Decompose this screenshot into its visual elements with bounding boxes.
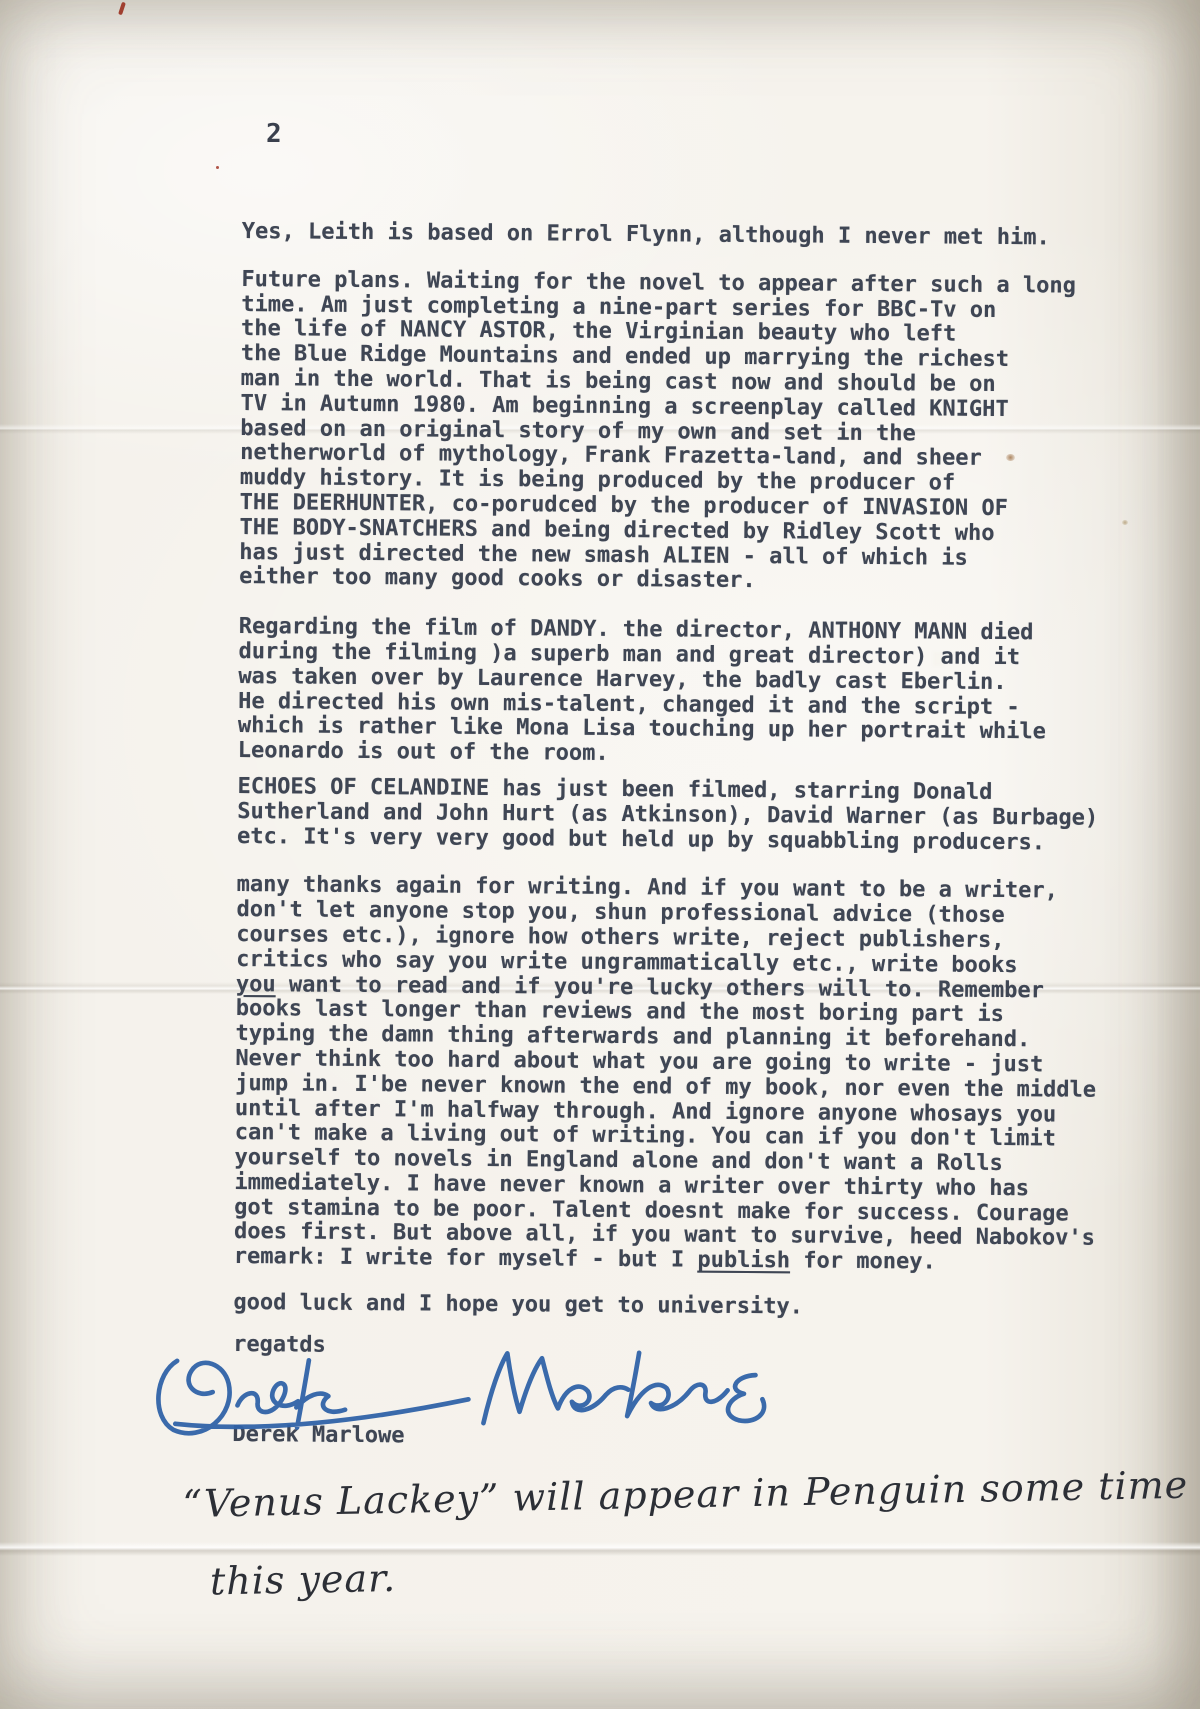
paragraph-future-plans: Future plans. Waiting for the novel to a… [239, 268, 1128, 597]
paragraph-advice-start: many thanks again for writing. And if yo… [236, 873, 1123, 979]
nabokov-line-before: remark: I write for myself - but I [234, 1244, 698, 1273]
signature [146, 1313, 920, 1470]
underlined-publish: publish [697, 1248, 790, 1274]
handwritten-note-line1: “Venus Lackey” will appear in Penguin so… [182, 1459, 1189, 1530]
paragraph-echoes: ECHOES OF CELANDINE has just been filmed… [237, 775, 1124, 856]
handwritten-note: “Venus Lackey” will appear in Penguin so… [182, 1459, 1190, 1608]
signature-stroke-first-name [157, 1351, 469, 1435]
handwritten-note-line2: this year. [209, 1537, 1190, 1608]
nabokov-line-after: for money. [790, 1249, 936, 1275]
underlined-you: you [236, 971, 276, 996]
paper-speck [216, 166, 219, 169]
paragraph-leith: Yes, Leith is based on Errol Flynn, alth… [242, 220, 1128, 252]
paper-speck [118, 2, 126, 16]
signature-stroke-last-name [481, 1344, 765, 1430]
paragraph-good-luck: good luck and I hope you get to universi… [233, 1291, 1119, 1323]
paragraph-dandy-film: Regarding the film of DANDY. the directo… [238, 615, 1125, 771]
paragraph-advice-continued: books last longer than reviews and the m… [234, 997, 1122, 1252]
letter-body: Yes, Leith is based on Errol Flynn, alth… [232, 214, 1128, 1454]
page-number: 2 [266, 120, 282, 148]
letter-page: 2 Yes, Leith is based on Errol Flynn, al… [0, 0, 1200, 1709]
